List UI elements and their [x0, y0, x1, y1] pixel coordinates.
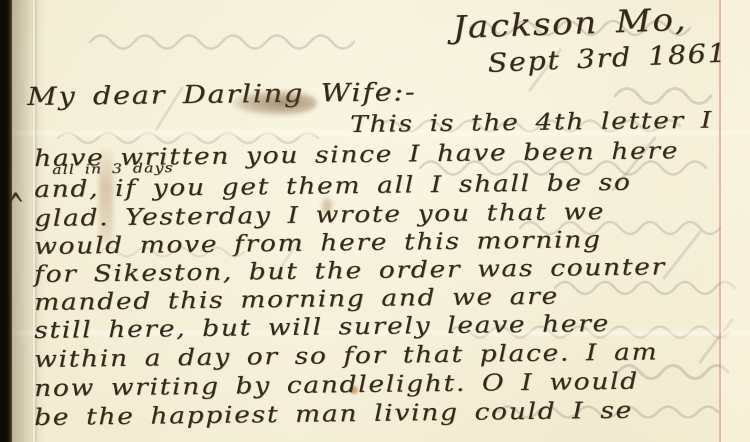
- ink-smudge: [232, 90, 317, 116]
- letter-page: Jackson Mo, Sept 3rd 1861 My dear Darlin…: [0, 0, 750, 442]
- salutation-line: My dear Darling Wife:-: [27, 77, 416, 111]
- caret-insertion-mark: ^: [7, 188, 26, 226]
- body-line: This is the 4th letter I: [350, 108, 713, 138]
